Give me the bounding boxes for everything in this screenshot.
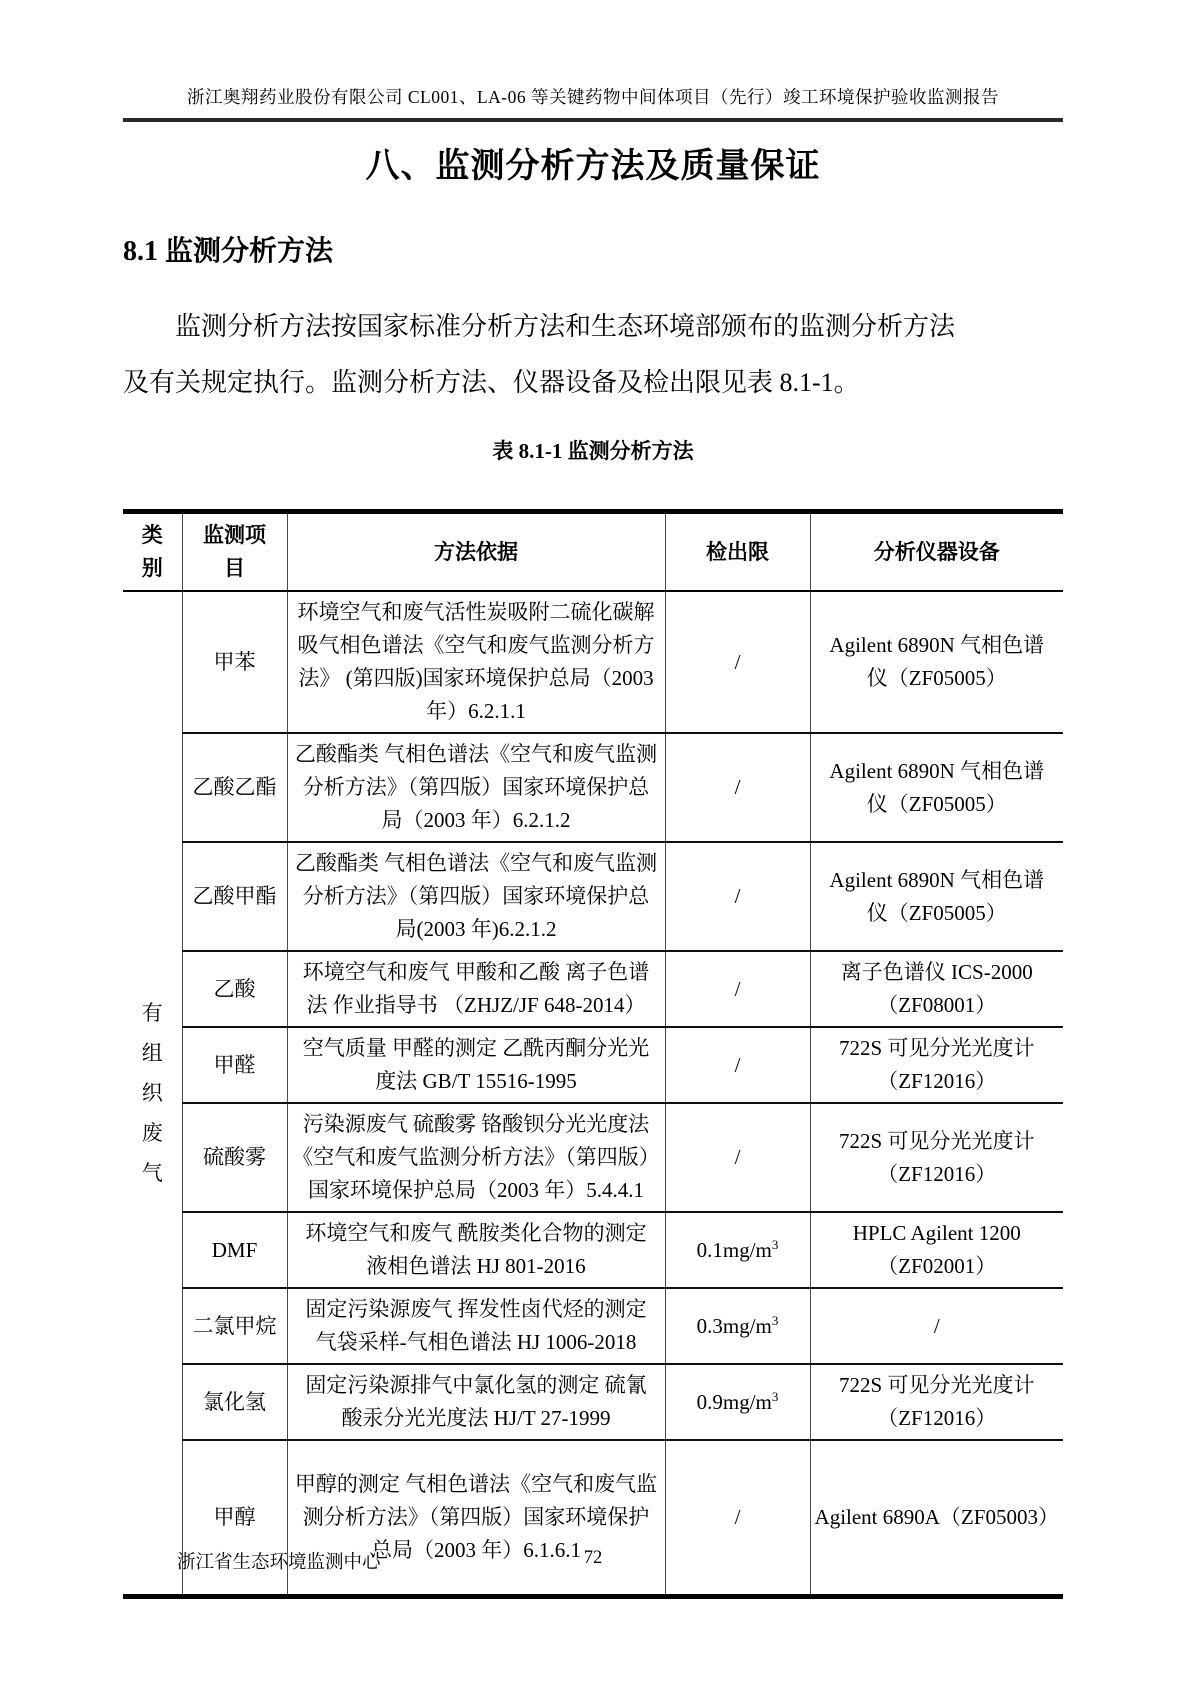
item-cell: 乙酸乙酯 — [182, 733, 287, 842]
table-row: 氯化氢固定污染源排气中氯化氢的测定 硫氰酸汞分光光度法 HJ/T 27-1999… — [123, 1364, 1063, 1440]
methods-table: 类别 监测项目 方法依据 检出限 分析仪器设备 有组织废气甲苯环境空气和废气活性… — [123, 509, 1063, 1599]
equipment-cell: Agilent 6890N 气相色谱仪（ZF05005） — [810, 842, 1063, 951]
body-paragraph: 监测分析方法按国家标准分析方法和生态环境部颁布的监测分析方法 及有关规定执行。监… — [123, 299, 1063, 411]
item-cell: 二氯甲烷 — [182, 1288, 287, 1364]
col-header-limit: 检出限 — [665, 512, 810, 592]
table-row: DMF环境空气和废气 酰胺类化合物的测定液相色谱法 HJ 801-20160.1… — [123, 1212, 1063, 1288]
item-cell: 甲醛 — [182, 1027, 287, 1103]
method-cell: 污染源废气 硫酸雾 铬酸钡分光光度法《空气和废气监测分析方法》（第四版）国家环境… — [287, 1103, 665, 1212]
limit-cell: 0.3mg/m3 — [665, 1288, 810, 1364]
method-cell: 乙酸酯类 气相色谱法《空气和废气监测分析方法》（第四版）国家环境保护总局(200… — [287, 842, 665, 951]
chapter-title: 八、监测分析方法及质量保证 — [123, 138, 1063, 187]
method-cell: 固定污染源排气中氯化氢的测定 硫氰酸汞分光光度法 HJ/T 27-1999 — [287, 1364, 665, 1440]
table-row: 乙酸环境空气和废气 甲酸和乙酸 离子色谱法 作业指导书 （ZHJZ/JF 648… — [123, 951, 1063, 1027]
table-row: 有组织废气甲苯环境空气和废气活性炭吸附二硫化碳解吸气相色谱法《空气和废气监测分析… — [123, 591, 1063, 733]
table-row: 乙酸甲酯乙酸酯类 气相色谱法《空气和废气监测分析方法》（第四版）国家环境保护总局… — [123, 842, 1063, 951]
header-divider — [123, 118, 1063, 122]
limit-cell: / — [665, 733, 810, 842]
equipment-cell: 离子色谱仪 ICS-2000（ZF08001） — [810, 951, 1063, 1027]
col-header-method: 方法依据 — [287, 512, 665, 592]
method-cell: 环境空气和废气 甲酸和乙酸 离子色谱法 作业指导书 （ZHJZ/JF 648-2… — [287, 951, 665, 1027]
item-cell: 氯化氢 — [182, 1364, 287, 1440]
section-title: 8.1 监测分析方法 — [123, 229, 1063, 269]
table-row: 二氯甲烷固定污染源废气 挥发性卤代烃的测定气袋采样-气相色谱法 HJ 1006-… — [123, 1288, 1063, 1364]
paragraph-line: 监测分析方法按国家标准分析方法和生态环境部颁布的监测分析方法 — [123, 299, 1063, 355]
item-cell: 甲苯 — [182, 591, 287, 733]
equipment-cell: HPLC Agilent 1200（ZF02001） — [810, 1212, 1063, 1288]
method-cell: 固定污染源废气 挥发性卤代烃的测定气袋采样-气相色谱法 HJ 1006-2018 — [287, 1288, 665, 1364]
page-header-text: 浙江奥翔药业股份有限公司 CL001、LA-06 等关键药物中间体项目（先行）竣… — [123, 0, 1063, 109]
equipment-cell: 722S 可见分光光度计（ZF12016） — [810, 1027, 1063, 1103]
equipment-cell: Agilent 6890N 气相色谱仪（ZF05005） — [810, 733, 1063, 842]
table-caption: 表 8.1-1 监测分析方法 — [123, 435, 1063, 465]
method-cell: 环境空气和废气 酰胺类化合物的测定液相色谱法 HJ 801-2016 — [287, 1212, 665, 1288]
col-header-item: 监测项目 — [182, 512, 287, 592]
equipment-cell: / — [810, 1288, 1063, 1364]
equipment-cell: Agilent 6890A（ZF05003） — [810, 1440, 1063, 1597]
paragraph-line: 及有关规定执行。监测分析方法、仪器设备及检出限见表 8.1-1。 — [123, 355, 1063, 411]
limit-cell: / — [665, 1103, 810, 1212]
category-cell: 有组织废气 — [123, 591, 182, 1597]
equipment-cell: 722S 可见分光光度计（ZF12016） — [810, 1364, 1063, 1440]
equipment-cell: Agilent 6890N 气相色谱仪（ZF05005） — [810, 591, 1063, 733]
table-row: 甲醛空气质量 甲醛的测定 乙酰丙酮分光光度法 GB/T 15516-1995/7… — [123, 1027, 1063, 1103]
limit-cell: / — [665, 1027, 810, 1103]
limit-cell: / — [665, 591, 810, 733]
document-page: 浙江奥翔药业股份有限公司 CL001、LA-06 等关键药物中间体项目（先行）竣… — [123, 0, 1063, 1599]
table-header-row: 类别 监测项目 方法依据 检出限 分析仪器设备 — [123, 512, 1063, 592]
item-cell: 乙酸 — [182, 951, 287, 1027]
item-cell: DMF — [182, 1212, 287, 1288]
limit-cell: / — [665, 1440, 810, 1597]
limit-cell: / — [665, 842, 810, 951]
method-cell: 空气质量 甲醛的测定 乙酰丙酮分光光度法 GB/T 15516-1995 — [287, 1027, 665, 1103]
method-cell: 乙酸酯类 气相色谱法《空气和废气监测分析方法》（第四版）国家环境保护总局（200… — [287, 733, 665, 842]
item-cell: 乙酸甲酯 — [182, 842, 287, 951]
table-row: 乙酸乙酯乙酸酯类 气相色谱法《空气和废气监测分析方法》（第四版）国家环境保护总局… — [123, 733, 1063, 842]
table-row: 硫酸雾污染源废气 硫酸雾 铬酸钡分光光度法《空气和废气监测分析方法》（第四版）国… — [123, 1103, 1063, 1212]
limit-cell: / — [665, 951, 810, 1027]
limit-cell: 0.1mg/m3 — [665, 1212, 810, 1288]
limit-cell: 0.9mg/m3 — [665, 1364, 810, 1440]
col-header-category: 类别 — [123, 512, 182, 592]
col-header-equipment: 分析仪器设备 — [810, 512, 1063, 592]
category-vertical-text: 有组织废气 — [127, 993, 178, 1193]
equipment-cell: 722S 可见分光光度计（ZF12016） — [810, 1103, 1063, 1212]
method-cell: 环境空气和废气活性炭吸附二硫化碳解吸气相色谱法《空气和废气监测分析方法》 (第四… — [287, 591, 665, 733]
footer-org: 浙江省生态环境监测中心 — [177, 1548, 381, 1574]
item-cell: 硫酸雾 — [182, 1103, 287, 1212]
